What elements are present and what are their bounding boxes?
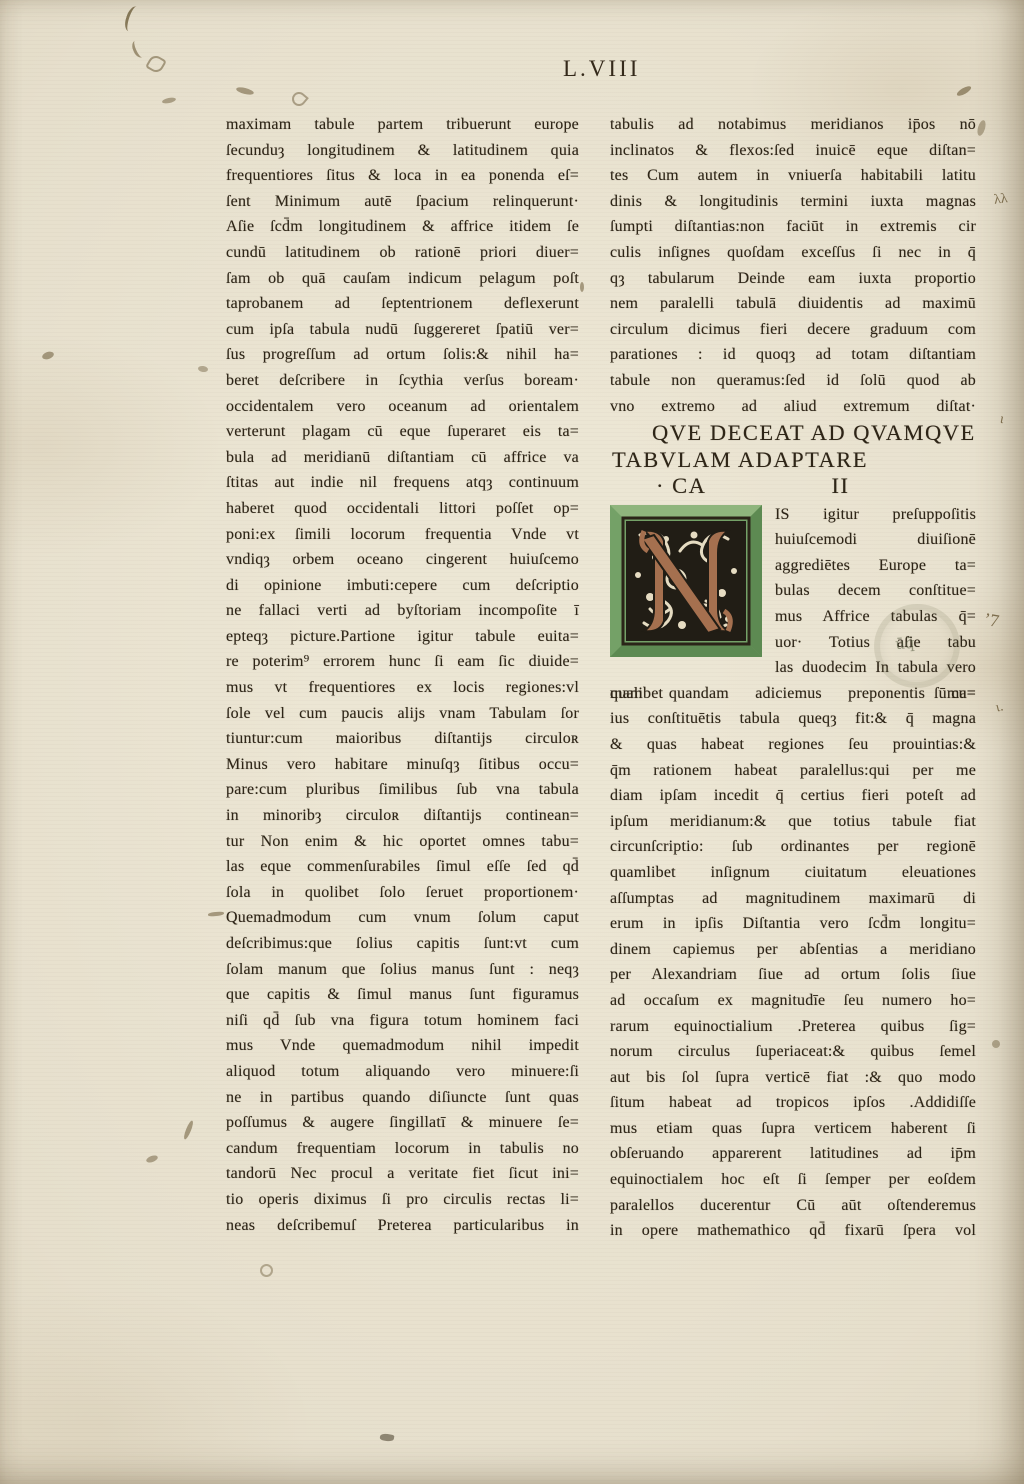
text-line: cum ipſa tabula nudū ſuggereret ſpatiū v… (226, 317, 579, 343)
text-line: candum frequentiam locorum in tabulis no (226, 1136, 579, 1162)
text-line: parationes : id quoqȝ ad totam diſtantia… (610, 342, 976, 368)
chapter-number: II (832, 473, 850, 500)
margin-ink-mark: ι (998, 412, 1005, 428)
text-line: tes Cum autem in vniuerſa habitabili lat… (610, 163, 976, 189)
text-line: ſent Minimum autē ſpacium relinquerunt· (226, 189, 579, 215)
margin-ink-mark: λλ (993, 191, 1009, 209)
text-line: maximam tabule partem tribuerunt europe (226, 112, 579, 138)
ink-speck (580, 282, 584, 292)
chapter-heading-line2: TABVLAM ADAPTARE (610, 447, 976, 474)
chapter-heading: QVE DECEAT AD QVAMQVE TABVLAM ADAPTARE ·… (610, 420, 976, 500)
text-line: tio operis diximus ſi pro circulis recta… (226, 1187, 579, 1213)
text-line: aſſumptas ad magnitudinem maximarū di (610, 886, 976, 912)
text-line: frequentiores ſitus & loca in ea ponenda… (226, 163, 579, 189)
text-line: occidentalem vero oceanum ad orientalem (226, 394, 579, 420)
text-line: Quemadmodum cum vnum ſolum caput (226, 905, 579, 931)
text-line: ne in partibus quando diſiuncte ſunt qua… (226, 1085, 579, 1111)
text-line: cundū latitudinem ob rationē priori diue… (226, 240, 579, 266)
text-line: ſolam manum que ſolius manus ſunt : neqȝ (226, 957, 579, 983)
text-line: dinis & longitudinis termini iuxta magna… (610, 189, 976, 215)
chapter-number-line: · CA II (610, 473, 976, 500)
text-line: ſecunduȝ longitudinem & latitudinem quia (226, 138, 579, 164)
margin-ink-mark: ʼ7 (982, 609, 1000, 632)
ink-speck (260, 1264, 273, 1277)
text-line: Aſie ſcd̄m longitudinem & affrice itidem… (226, 214, 579, 240)
text-line: ſtitas aut indie nil frequens atqȝ conti… (226, 470, 579, 496)
text-line: ſola in quolibet ſolo ſeruet proportione… (226, 880, 579, 906)
text-line: ipſum meridianum:& que totius tabule fia… (610, 809, 976, 835)
text-line: paralellos ducerentur Cū aūt oſtenderemu… (610, 1193, 976, 1219)
right-column-upper-paragraph: tabulis ad notabimus meridianos ip̄os nō… (610, 112, 976, 419)
text-line: tiuntur:cum maioribus diſtantijs circulo… (226, 726, 579, 752)
text-line: taprobanem ad ſeptentrionem deflexerunt (226, 291, 579, 317)
ink-speck (130, 39, 147, 60)
text-line: culis inſignes quoſdam exceſſus ſi nec i… (610, 240, 976, 266)
text-line: mus vt frequentiores ex locis regiones:v… (226, 675, 579, 701)
ink-speck (162, 97, 177, 105)
text-line: las eque commenſurabiles ſimul eſſe ſed … (226, 854, 579, 880)
text-line: ſumpti diſtantias:non faciūt in extremis… (610, 214, 976, 240)
text-line: in opere mathemathico qd̄ fixarū ſpera v… (610, 1218, 976, 1244)
text-line: poſſumus & augere ſingillatī & minuere ſ… (226, 1110, 579, 1136)
chapter-body: IS igitur preſuppoſitishuiuſcemodi diuiſ… (610, 502, 976, 1244)
ink-speck (236, 86, 255, 96)
text-line: quamlibet inſignum ciuitatum eleuationes (610, 860, 976, 886)
left-text-column: maximam tabule partem tribuerunt europeſ… (226, 112, 579, 1238)
text-line: que capitis & ſimul manus ſunt figuramus (226, 982, 579, 1008)
ink-speck (976, 119, 987, 136)
ink-speck (145, 1154, 158, 1164)
text-line: & quas habeat regiones ſeu prouintias:& (610, 732, 976, 758)
ink-speck (379, 1433, 394, 1442)
text-line: ſam ob quā cauſam indicum pelagum poſt (226, 266, 579, 292)
margin-ink-mark: ι. (994, 699, 1005, 716)
text-line: tur Non enim & hic oportet omnes tabu= (226, 829, 579, 855)
text-line: epteqȝ picture.Partione igitur tabule eu… (226, 624, 579, 650)
text-line: vndiqȝ orbem oceano cingerent huiuſcemo (226, 547, 579, 573)
ink-speck (992, 1040, 1000, 1048)
text-line: haberet quod occidentali littori poſſet … (226, 496, 579, 522)
text-line: equinoctialem hoc eſt ſi ſemper per eoſd… (610, 1167, 976, 1193)
text-line: re poterim⁹ errorem hunc ſi eam ſic diui… (226, 649, 579, 675)
text-line: circulum dicimus fieri decere graduum co… (610, 317, 976, 343)
text-line: tandorū Nec procul a veritate fiet ſicut… (226, 1161, 579, 1187)
folio-number: L.VIII (563, 56, 640, 82)
text-line: norum circulus ſuperiaceat:& quibus ſeme… (610, 1039, 976, 1065)
ink-speck (145, 53, 167, 75)
text-line: mus etiam quas ſupra verticem haberent ſ… (610, 1116, 976, 1142)
right-text-column: tabulis ad notabimus meridianos ip̄os nō… (610, 112, 976, 1244)
ink-speck (41, 350, 55, 360)
text-line: ius conſtituētis tabula queqȝ fit:& q̄ m… (610, 706, 976, 732)
text-line: las duodecim In tabula vero qualibet ſūm… (610, 655, 976, 681)
text-line: aut bis ſol ſupra verticē fiat :& quo mo… (610, 1065, 976, 1091)
text-line: ad occaſum ex magnitudīe ſeu numero ho= (610, 988, 976, 1014)
text-line: ſitum habeat ad tropicos ipſos .Addidiſſ… (610, 1090, 976, 1116)
text-line: tabule non queramus:ſed id ſolū quod ab (610, 368, 976, 394)
text-line: q̄m rationem habeat paralellus:qui per m… (610, 758, 976, 784)
text-line: ſus progreſſum ad ortum ſolis:& nihil ha… (226, 342, 579, 368)
text-line: poni:ex ſimili locorum frequentia Vnde v… (226, 522, 579, 548)
text-line: deſcribimus:que ſolius capitis ſunt:vt c… (226, 931, 579, 957)
text-line: rarum equinoctialium .Preterea quibus ſi… (610, 1014, 976, 1040)
text-line: mus Vnde quemadmodum nihil impedit (226, 1033, 579, 1059)
ink-speck (289, 89, 309, 109)
text-line: nem paralelli tabulā diuidentis ad maxim… (610, 291, 976, 317)
ink-speck (182, 1120, 194, 1140)
initial-letter-art (610, 505, 762, 657)
text-line: di opinione imbuti:cepere cum deſcriptio (226, 573, 579, 599)
illuminated-initial-woodcut (610, 505, 762, 657)
text-line: in minoribȝ circuloʀ diſtantijs continea… (226, 803, 579, 829)
text-line: ne fallaci verti ad byſtoriam incompoſit… (226, 598, 579, 624)
text-line: verterunt plagam cū eque ſuperaret eis t… (226, 419, 579, 445)
text-line: obſeruando apparerent latitudines ad ip̄… (610, 1141, 976, 1167)
text-line: Minus vero habitare minuſqȝ ſitibus occu… (226, 752, 579, 778)
text-line: erum in ipſis Diſtantia vero ſcd̄m longi… (610, 911, 976, 937)
chapter-heading-line1: QVE DECEAT AD QVAMQVE (610, 420, 976, 447)
text-line: qȝ tabularum Deinde eam iuxta proportio (610, 266, 976, 292)
ink-speck (956, 84, 973, 97)
text-line: inclinatos & flexos:ſed inuicē eque diſt… (610, 138, 976, 164)
text-line: pare:cum pluribus ſimilibus ſub vna tabu… (226, 777, 579, 803)
text-line: vno extremo ad aliud extremum diſtat· (610, 394, 976, 420)
text-line: diam ipſam incedit q̄ certius fieri pote… (610, 783, 976, 809)
incunabula-page: { "page": { "folio": "L.VIII", "colors":… (0, 0, 1024, 1484)
chapter-label: · CA (656, 473, 706, 500)
text-line: tabulis ad notabimus meridianos ip̄os nō (610, 112, 976, 138)
text-line: circunſcriptio: ſub ordinantes per regio… (610, 834, 976, 860)
text-line: ſole vel cum paucis alijs vnam Tabulam ſ… (226, 701, 579, 727)
text-line: per Alexandriam ſiue ad ortum ſolis ſiue (610, 962, 976, 988)
text-line: mam quandam adiciemus preponentis cu= (610, 681, 976, 707)
text-line: neas deſcribemuſ Preterea particularibus… (226, 1213, 579, 1239)
text-line: beret deſcribere in ſcythia verſus borea… (226, 368, 579, 394)
text-line: aliquod totum aliquando vero minuere:ſi (226, 1059, 579, 1085)
ink-speck (208, 911, 224, 917)
ink-speck (122, 5, 142, 34)
text-line: bula ad meridianū diſtantiam cū affrice … (226, 445, 579, 471)
text-line: niſi qd̄ ſub vna figura totum hominem fa… (226, 1008, 579, 1034)
ink-speck (198, 365, 209, 372)
text-line: dinem capiemus per abſentias a meridiano (610, 937, 976, 963)
